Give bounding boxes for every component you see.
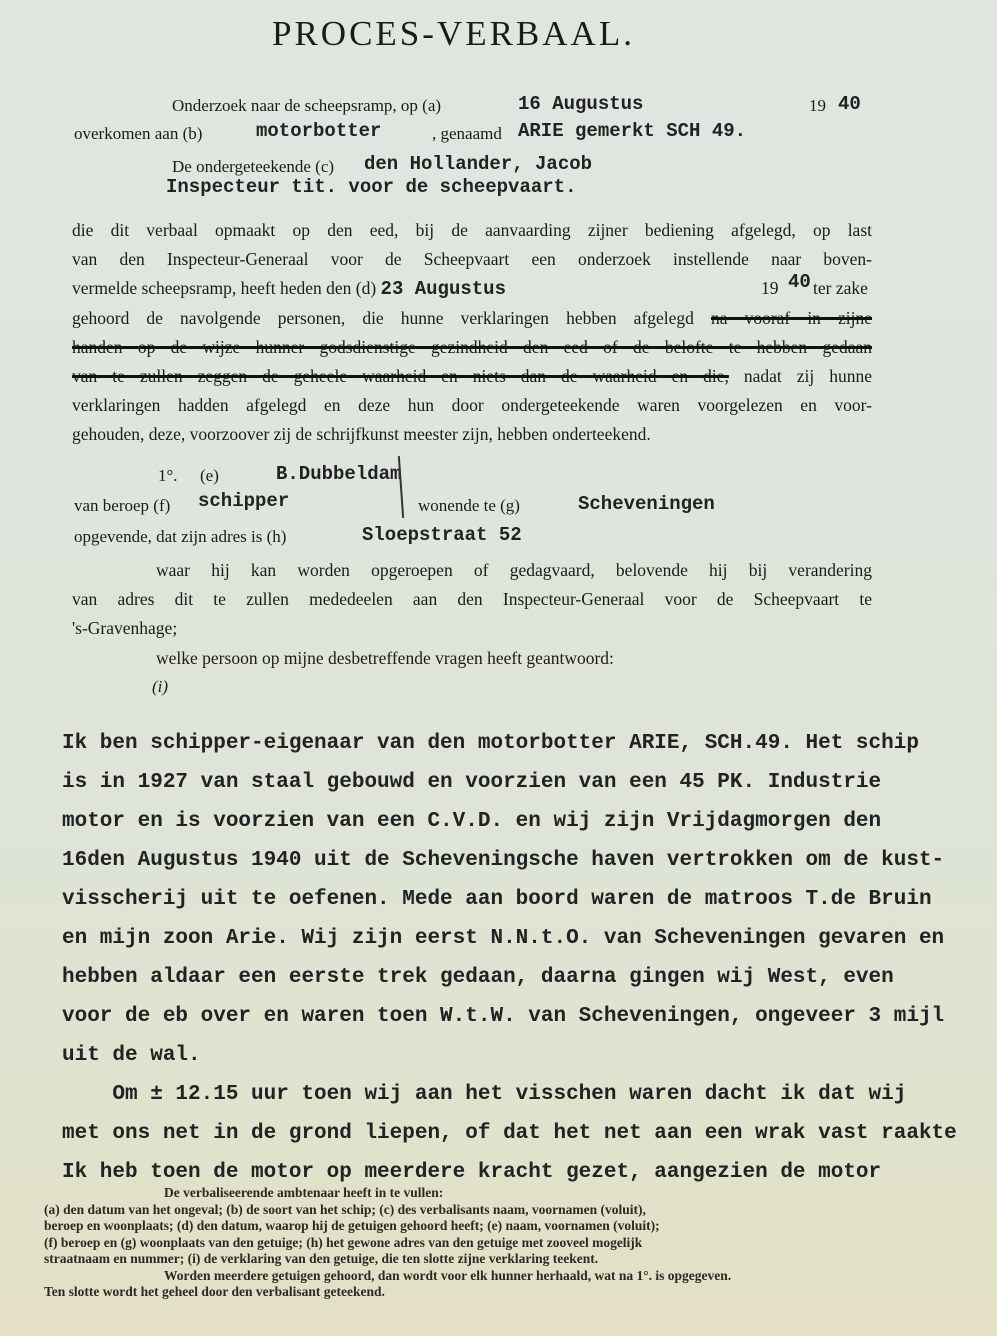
witness-residence: Scheveningen: [578, 493, 715, 515]
footnote-line: (a) den datum van het ongeval; (b) de so…: [44, 1202, 864, 1219]
document-page: PROCES-VERBAAL. Onderzoek naar de scheep…: [0, 0, 997, 1336]
struck-text: na vooraf in zijne: [711, 308, 872, 328]
ship-type-label: overkomen aan (b): [74, 124, 202, 144]
incident-year-prefix: 19: [809, 96, 826, 116]
witness-name: B.Dubbeldam: [276, 463, 401, 485]
footnote-multiple-witnesses: Worden meerdere getuigen gehoord, dan wo…: [44, 1268, 864, 1285]
statement-line: 16den Augustus 1940 uit de Scheveningsch…: [62, 841, 992, 880]
statement-marker: (i): [152, 677, 168, 697]
witness-line: van adres dit te zullen mededeelen aan d…: [72, 585, 872, 614]
witness-address: Sloepstraat 52: [362, 524, 522, 546]
statement-line: uit de wal.: [62, 1036, 992, 1075]
intro-paragraph: die dit verbaal opmaakt op den eed, bij …: [72, 216, 872, 449]
witness-paragraph: waar hij kan worden opgeroepen of gedagv…: [72, 556, 872, 643]
footnote-line: beroep en woonplaats; (d) den datum, waa…: [44, 1218, 864, 1235]
address-label: opgevende, dat zijn adres is (h): [74, 527, 286, 547]
witness-statement: Ik ben schipper-eigenaar van den motorbo…: [62, 724, 992, 1192]
footnote-line: (f) beroep en (g) woonplaats van den get…: [44, 1235, 864, 1252]
intro-line: gehouden, deze, voorzoover zij de schrij…: [72, 420, 872, 449]
statement-line: motor en is voorzien van een C.V.D. en w…: [62, 802, 992, 841]
inquiry-label: Onderzoek naar de scheepsramp, op (a): [172, 96, 441, 116]
incident-date: 16 Augustus: [518, 93, 643, 115]
statement-line: met ons net in de grond liepen, of dat h…: [62, 1114, 992, 1153]
intro-line-date: vermelde scheepsramp, heeft heden den (d…: [72, 274, 872, 304]
undersigned-title: Inspecteur tit. voor de scheepvaart.: [166, 176, 576, 198]
intro-line: van te zullen zeggen de geheele waarheid…: [72, 362, 872, 391]
statement-line: visscherij uit te oefenen. Mede aan boor…: [62, 880, 992, 919]
witness-occupation: schipper: [198, 490, 289, 512]
statement-line: en mijn zoon Arie. Wij zijn eerst N.N.t.…: [62, 919, 992, 958]
struck-text: van te zullen zeggen de geheele waarheid…: [72, 366, 729, 386]
witness-line: 's-Gravenhage;: [72, 614, 872, 643]
incident-year: 40: [838, 93, 861, 115]
answered-line: welke persoon op mijne desbetreffende vr…: [156, 648, 614, 669]
ship-type: motorbotter: [256, 120, 381, 142]
undersigned-name: den Hollander, Jacob: [364, 153, 592, 175]
statement-line: Om ± 12.15 uur toen wij aan het visschen…: [62, 1075, 992, 1114]
intro-line: die dit verbaal opmaakt op den eed, bij …: [72, 216, 872, 245]
footnotes: De verbaliseerende ambtenaar heeft in te…: [44, 1185, 864, 1301]
statement-line: is in 1927 van staal gebouwd en voorzien…: [62, 763, 992, 802]
hearing-year: 40: [788, 268, 811, 297]
ship-name-label: , genaamd: [432, 124, 502, 144]
intro-line: gehoord de navolgende personen, die hunn…: [72, 304, 872, 333]
ship-name: ARIE gemerkt SCH 49.: [518, 120, 746, 142]
witness-name-label: (e): [200, 466, 219, 486]
witness-line: waar hij kan worden opgeroepen of gedagv…: [72, 556, 872, 585]
footnote-line: straatnaam en nummer; (i) de verklaring …: [44, 1251, 864, 1268]
intro-line: verklaringen hadden afgelegd en deze hun…: [72, 391, 872, 420]
residence-label: wonende te (g): [418, 496, 520, 516]
statement-line: Ik ben schipper-eigenaar van den motorbo…: [62, 724, 992, 763]
statement-line: hebben aldaar een eerste trek gedaan, da…: [62, 958, 992, 997]
witness-number: 1°.: [158, 466, 178, 486]
intro-line: van den Inspecteur-Generaal voor de Sche…: [72, 245, 872, 274]
struck-text: handen op de wijze hunner godsdienstige …: [72, 333, 872, 362]
footnote-heading: De verbaliseerende ambtenaar heeft in te…: [44, 1185, 864, 1202]
document-title: PROCES-VERBAAL.: [272, 14, 635, 54]
footnote-closing: Ten slotte wordt het geheel door den ver…: [44, 1284, 864, 1301]
statement-line: voor de eb over en waren toen W.t.W. van…: [62, 997, 992, 1036]
hearing-date: 23 Augustus: [381, 278, 506, 300]
occupation-label: van beroep (f): [74, 496, 170, 516]
undersigned-label: De ondergeteekende (c): [172, 157, 334, 177]
